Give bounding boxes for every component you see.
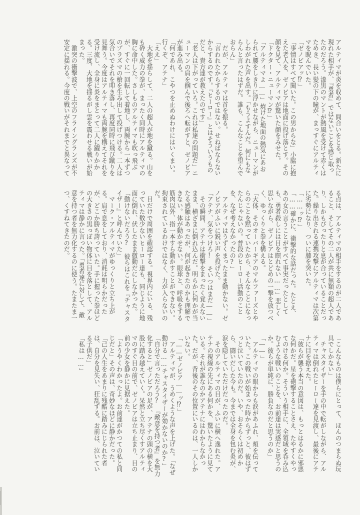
paragraph: 「自分で言っただろう? 『敵意を持つ者』を無力化すると」ゼノビアの足が、アテナの… [122, 335, 160, 477]
paragraph: る点は、アルティマの相手をするのが二人であること、そしてその二人が共に無類の超人… [303, 190, 341, 323]
paragraph: 激突の衝撃波で、上空のフライングランズが不安定に揺れる。今度の戦いがそれまでと異… [62, 39, 77, 177]
paragraph: 「……ッ⁉」 [296, 190, 304, 323]
paragraph: 「ようやくわかったよ。お前達がかつての私と同じだと」その声は、奇妙なほどに静かだ… [107, 335, 122, 477]
paragraph: 「老人は下がっていろ。これは私達の問題だ」ニューマンの肩を掴んで後ろへ転がすと、… [175, 39, 198, 177]
paragraph: マーク・アルティマがゆっくりと立ち上がる。肩で息をしており、消耗は明らかだったが… [62, 190, 115, 323]
paragraph: 「言われたからするのではない。せねばならないからするのです。『ヒーロー』とはそう… [198, 39, 221, 177]
paragraph: 「ええ」 [152, 39, 160, 177]
paragraph: アルティマの眼からも涙があふれ、頬を伝っていた。この戦いが始まった時からずっと、… [220, 335, 258, 477]
paragraph: 「己の人生をあまりに残酷に踏みにじられた者は、自分を見失い、狂乱する。お前は、泣… [84, 335, 107, 477]
paragraph: 「……ゼノビア……ッ⁉」 [175, 335, 183, 477]
paragraph: 「……確かに、衝撃的な話だった。たとえ、あの女の言うことがすべて事実だったとして… [258, 190, 296, 323]
paragraph: チャスタイザーを手の中で転がしながら、アルティマは倒れたヒーロー達を見渡し、最後… [303, 335, 326, 477]
paragraph: 「動けないだろう? 彼らはこれを『チャスタイザー』と呼んでいた」 [115, 190, 130, 323]
paragraph: 「大体、そのオーバーギアのマルファーズとやらのことを黙っていたから、そんなことに… [228, 190, 258, 323]
paragraph: アルティマはうずくまったまま動かない。ゼノビアがふいに鋭い声を投げた。 [213, 190, 228, 323]
paragraph: 「何であれ、こやつを止めぬわけにはいくまい。行くぞ、アテナ」 [160, 39, 175, 177]
text-band-middle: る点は、アルティマの相手をするのが二人であること、そしてその二人が共に無類の超人… [37, 190, 341, 323]
paragraph: だが、アルティマは首を振る。 [220, 39, 228, 177]
paragraph: 「私は……」 [77, 335, 85, 477]
scanned-novel-page: アルティマが炎を収めて、間合いをとる。新たに現れた相手が、『勇者』ではないことを… [0, 0, 360, 515]
paragraph: アルティマが、うめくような声を上げた。「なぜ動ける……チャスタイザーが効かないの… [160, 335, 175, 477]
paragraph: 「――」 [258, 335, 266, 477]
paragraph: アルティマが炎を収めて、間合いをとる。新たに現れた相手が、『勇者』ではないことを… [303, 39, 341, 177]
paragraph: 「事情はすべて聞いた。この男からな」小脇に抱えた老人を、ゼノビアは地面に投げ落と… [273, 39, 296, 177]
paragraph: 目だけで周囲を確認する。視界内にいる、残っていた数少ないヒーロー達も、同じように… [130, 190, 153, 323]
scan-edge-artifact-inner [0, 491, 1, 505]
paragraph: 「ドクター・ニューマン⁉」 [266, 39, 274, 177]
paragraph: 「アルティマよ……」焼けた地面の熱気にあおられて腰をしきりに浮かせながら、ニュー… [228, 39, 266, 177]
paragraph: 「ゼノビアッ⁉」 [296, 39, 304, 177]
text-band-top: アルティマが炎を収めて、間合いをとる。新たに現れた相手が、『勇者』ではないことを… [37, 39, 341, 177]
paragraph: その瞬間、アテナは衝撃をまったく覚えないまま、横ざまに倒れ込んだ。明らかに何かが… [152, 190, 205, 323]
paragraph: 「こんなものは僕らにとって、ほんのつまらぬ玩具でしかない」 [326, 335, 341, 477]
paragraph: 大地を揺らして、二人の超人が地を蹴る。山をも砕く威力の拳が、まったく同時にアルテ… [77, 39, 152, 177]
paragraph: 「彼らが襲う本当の意図は、もっとはるかに邪悪な何かだ。星を砲撃することさえ、たや… [266, 335, 304, 477]
paragraph: そのアルティマの目が、ふいに横へ逸れた。アテナの視線の先にある何かを、驚いたよう… [183, 335, 221, 477]
paragraph: 「アテナ、気をつけろ! そいつはまだ――」 [205, 190, 213, 323]
text-band-bottom: 「こんなものは僕らにとって、ほんのつまらぬ玩具でしかない」 チャスタイザーを手の… [37, 335, 341, 477]
